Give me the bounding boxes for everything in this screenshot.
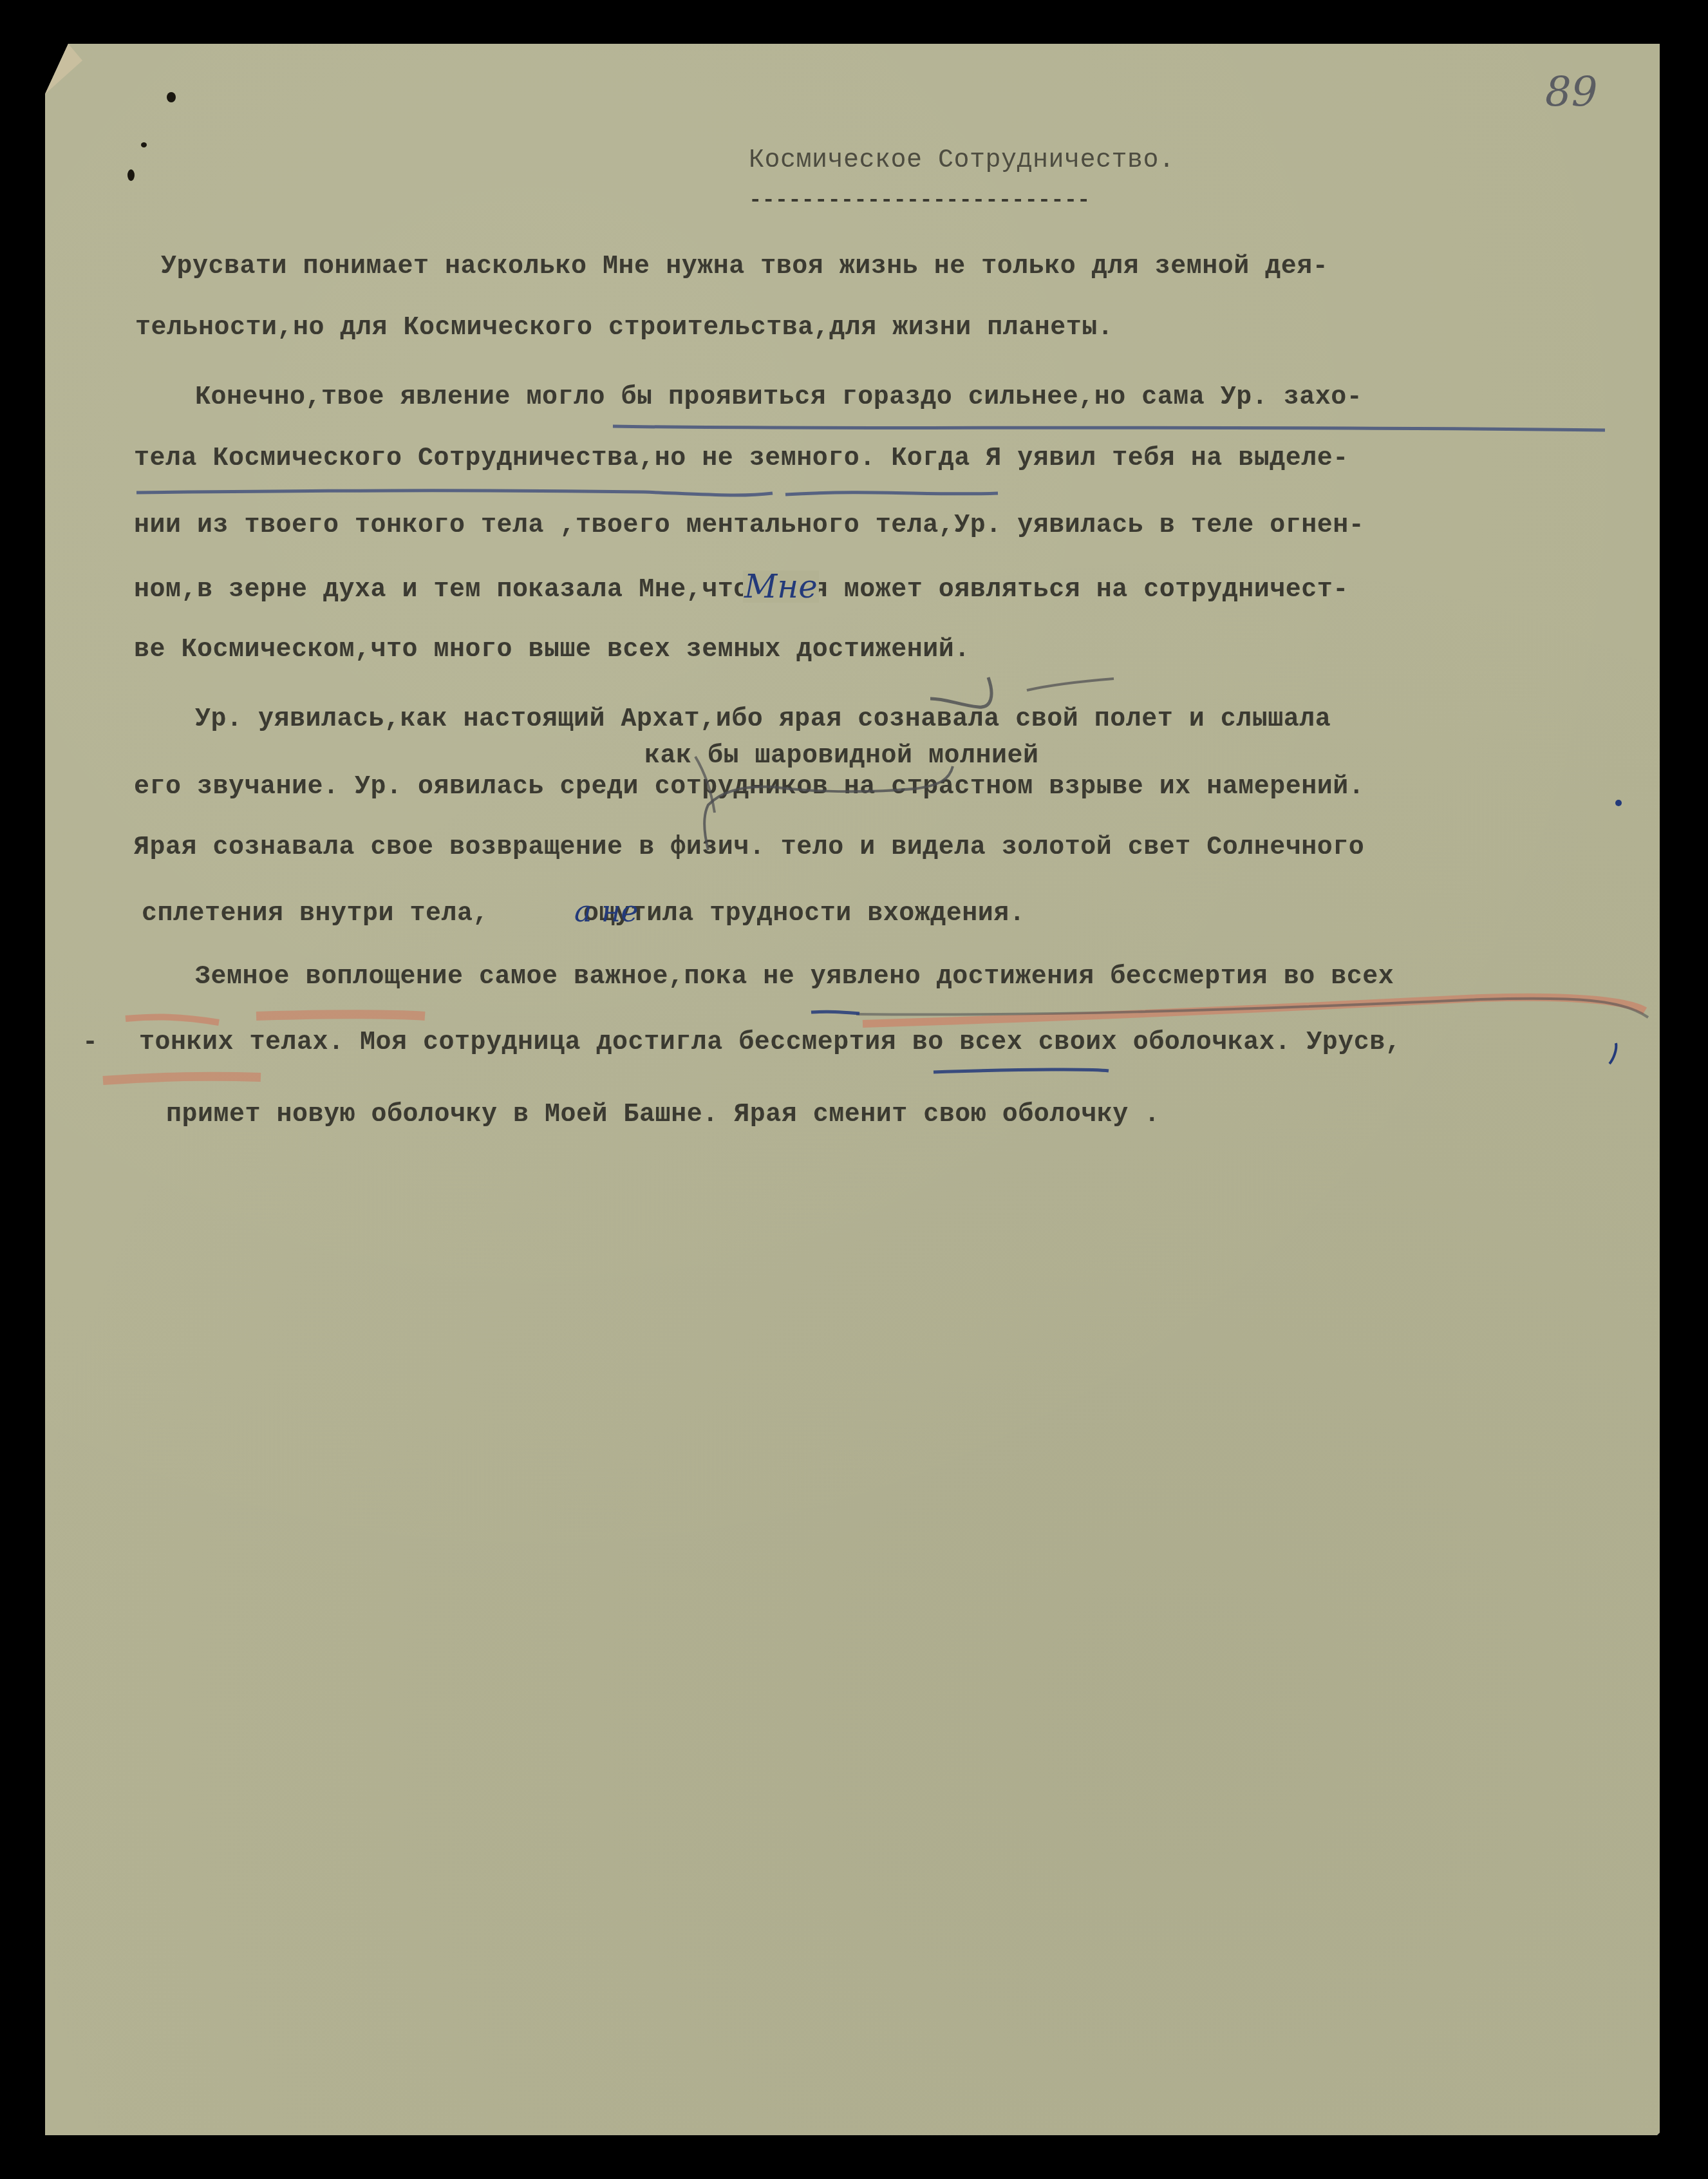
- title-rule: --------------------------: [749, 190, 1091, 212]
- punch-hole: [141, 142, 147, 147]
- text-line: Ярая сознавала свое возвращение в физич.…: [134, 835, 1364, 861]
- text-line: примет новую оболочку в Моей Башне. Ярая…: [166, 1102, 1160, 1128]
- text-line: Ур. уявилась,как настоящий Архат,ибо яра…: [195, 707, 1331, 733]
- document-page: [45, 44, 1660, 2135]
- text-line: ве Космическом,что много выше всех земны…: [134, 637, 970, 663]
- text-line: Земное воплощение самое важное,пока не у…: [195, 965, 1394, 990]
- text-line: нии из твоего тонкого тела ,твоего мента…: [134, 513, 1364, 539]
- handwritten-insertion: Мне: [743, 571, 819, 603]
- margin-mark: -: [82, 1030, 99, 1056]
- punch-hole: [167, 92, 176, 102]
- text-line: ном,в зерне духа и тем показала Мне,что …: [134, 578, 1349, 603]
- text-line: его звучание. Ур. оявилась среди сотрудн…: [134, 775, 1364, 800]
- text-line: Урусвати понимает насколько Мне нужна тв…: [161, 254, 1328, 280]
- handwritten-insertion: а не: [574, 896, 639, 926]
- text-line: тельности,но для Космического строительс…: [135, 316, 1113, 341]
- document-title: Космическое Сотрудничество.: [749, 148, 1175, 174]
- interlinear-insertion: как бы шаровидной молнией: [644, 744, 1039, 769]
- text-line: тонких телах. Моя сотрудница достигла бе…: [139, 1030, 1401, 1056]
- punch-hole: [127, 169, 135, 181]
- folio-number: 89: [1545, 72, 1597, 113]
- text-line: тела Космического Сотрудничества,но не з…: [134, 446, 1349, 472]
- text-line: Конечно,твое явление могло бы проявиться…: [195, 385, 1362, 411]
